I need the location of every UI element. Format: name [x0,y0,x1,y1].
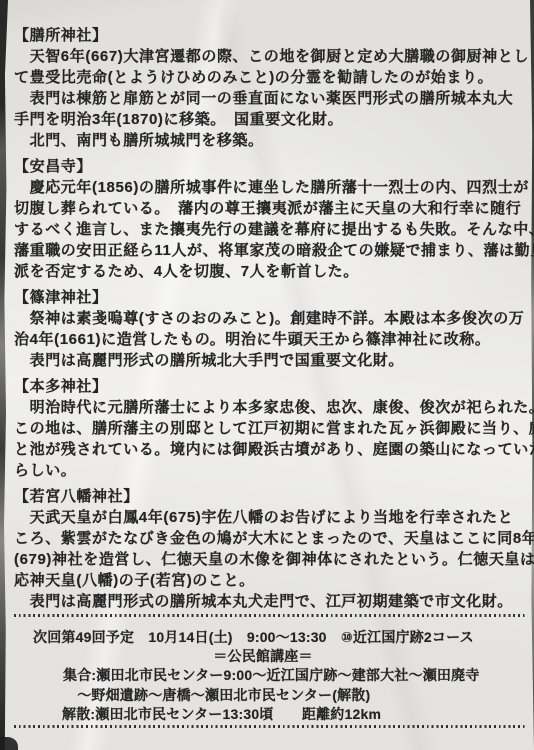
body-line: らしい。 [14,460,526,481]
body-line: 祭神は素戔嗚尊(すさのおのみこと)。創建時不詳。本殿は本多俊次の万 [14,308,526,329]
dismissal-distance-line: 解散:瀬田北市民センター13:30頃 距離約12km [62,705,526,724]
dotted-separator-top [14,614,526,617]
body-line: 表門は高麗門形式の膳所城北大手門で国重要文化財。 [14,350,526,371]
dotted-separator-bottom [14,725,526,728]
lecture-subtitle-line: ＝公民館講座＝ [0,647,526,666]
route-continuation-line: ～野畑遺跡～唐橋～瀬田北市民センター(解散) [63,686,526,705]
body-line: 応神天皇(八幡)の子(若宮)のこと。 [14,570,526,591]
section-shinozu-jinja: 【篠津神社】 祭神は素戔嗚尊(すさのおのみこと)。創建時不詳。本殿は本多俊次の万… [14,287,526,371]
body-line: 表門は高麗門形式の膳所城本丸犬走門で、江戸初期建築で市文化財。 [14,591,526,612]
body-line: 天武天皇が白鳳4年(675)宇佐八幡のお告げにより当地を行幸されたと [14,507,526,528]
body-line: 切腹し葬られている。 藩内の尊王攘夷派が藩主に天皇の大和行幸に随行 [14,198,526,219]
section-heading: 【膳所神社】 [14,25,526,46]
scan-edge-left [0,0,8,750]
body-line: この地は、膳所藩主の別邸として江戸初期に営まれた瓦ヶ浜御殿に当り、庭 [14,418,526,439]
scan-edge-right [530,0,534,750]
section-honda-jinja: 【本多神社】 明治時代に元膳所藩士により本多家忠俊、忠次、康俊、俊次が祀られた。… [14,376,526,481]
section-zeze-jinja: 【膳所神社】 天智6年(667)大津宮遷都の際、この地を御厨と定め大膳職の御厨神… [14,25,526,151]
body-line: ころ、紫雲がたなびき金色の鳩が大木にとまったので、天皇はここに同8年 [14,528,526,549]
next-event-title-line: 次回第49回予定 10月14日(土) 9:00～13:30 ⑩近江国庁跡2コース [33,628,526,647]
body-line: 手門を明治3年(1870)に移築。 国重要文化財。 [14,109,526,130]
body-line: 藩重職の安田正経ら11人が、将軍家茂の暗殺企ての嫌疑で捕まり、藩は勤皇 [14,240,526,261]
section-heading: 【若宮八幡神社】 [14,486,526,507]
body-line: 治4年(1661)に造営したもの。明治に牛頭天王から篠津神社に改称。 [14,329,526,350]
section-wakamiya-hachiman-jinja: 【若宮八幡神社】 天武天皇が白鳳4年(675)宇佐八幡のお告げにより当地を行幸さ… [14,486,526,612]
scan-edge-corner-blob [0,737,18,750]
body-line: 明治時代に元膳所藩士により本多家忠俊、忠次、康俊、俊次が祀られた。 [14,397,526,418]
body-line: 慶応元年(1856)の膳所城事件に連坐した膳所藩十一烈士の内、四烈士が [14,177,526,198]
section-heading: 【篠津神社】 [14,287,526,308]
section-heading: 【安昌寺】 [14,156,526,177]
body-line: (679)神社を造営し、仁徳天皇の木像を御神体にされたという。仁徳天皇は [14,549,526,570]
scanned-document-page: 【膳所神社】 天智6年(667)大津宮遷都の際、この地を御厨と定め大膳職の御厨神… [0,0,534,750]
body-line: と池が残されている。境内には御殿浜古墳があり、庭園の築山になっていた [14,439,526,460]
body-line: 表門は棟筋と扉筋とが同一の垂直面にない薬医門形式の膳所城本丸大 [14,88,526,109]
next-event-notice: 次回第49回予定 10月14日(土) 9:00～13:30 ⑩近江国庁跡2コース… [14,628,526,724]
body-line: 天智6年(667)大津宮遷都の際、この地を御厨と定め大膳職の御厨神とし [14,46,526,67]
section-ansho-ji: 【安昌寺】 慶応元年(1856)の膳所城事件に連坐した膳所藩十一烈士の内、四烈士… [14,156,526,282]
body-line: 北門、南門も膳所城城門を移築。 [14,130,526,151]
body-line: 派を否定するため、4人を切腹、7人を斬首した。 [14,261,526,282]
body-line: するべく進言し、また攘夷先行の建議を幕府に提出するも失敗。そんな中、 [14,219,526,240]
document-content: 【膳所神社】 天智6年(667)大津宮遷都の際、この地を御厨と定め大膳職の御厨神… [14,25,526,728]
body-line: て豊受比売命(とようけひめのみこと)の分霊を勧請したのが始まり。 [14,67,526,88]
meeting-route-line: 集合:瀬田北市民センター9:00～近江国庁跡～建部大社～瀬田廃寺 [63,666,526,685]
section-heading: 【本多神社】 [14,376,526,397]
